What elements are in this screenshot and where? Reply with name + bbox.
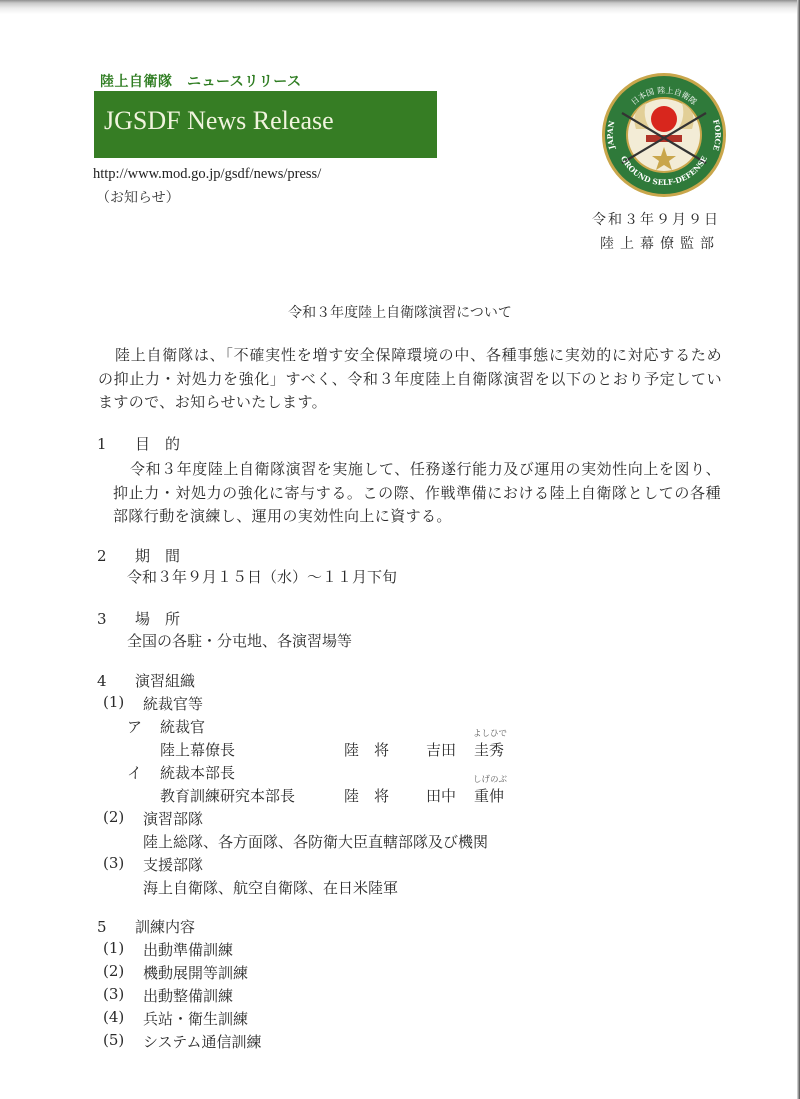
item-kana-a: ア bbox=[127, 716, 142, 737]
training-item: システム通信訓練 bbox=[143, 1031, 262, 1052]
press-url-link[interactable]: http://www.mod.go.jp/gsdf/news/press/ bbox=[93, 166, 321, 183]
section-title: 期 間 bbox=[135, 547, 180, 565]
header-kicker: 陸上自衛隊 ニュースリリース bbox=[100, 71, 302, 91]
section-3-body: 全国の各駐・分屯地、各演習場等 bbox=[127, 630, 352, 651]
notice-label: （お知らせ） bbox=[96, 187, 180, 207]
item-furigana: しげのぶ bbox=[473, 773, 507, 785]
item-kana-i: イ bbox=[127, 762, 142, 783]
section-title: 演習組織 bbox=[135, 672, 195, 690]
jgsdf-emblem-icon: 日本国 陸上自衛隊 GROUND SELF-DEFENSE JAPAN FORC… bbox=[600, 71, 728, 199]
subsection-4-1-heading: 統裁官等 bbox=[143, 693, 203, 714]
section-2-body: 令和３年９月１５日（水）～１１月下旬 bbox=[127, 566, 397, 587]
item-surname: 吉田 bbox=[426, 739, 456, 760]
item-position: 教育訓練研究本部長 bbox=[160, 785, 295, 806]
item-position: 陸上幕僚長 bbox=[160, 739, 235, 760]
section-number: 4 bbox=[97, 672, 135, 690]
intro-paragraph: 陸上自衛隊は、「不確実性を増す安全保障環境の中、各種事態に実効的に対応するための… bbox=[98, 344, 722, 415]
training-item-number: (5) bbox=[103, 1031, 124, 1049]
training-item: 機動展開等訓練 bbox=[143, 962, 248, 983]
section-number: 5 bbox=[97, 918, 135, 936]
item-rank: 陸 将 bbox=[344, 785, 389, 806]
training-item-number: (1) bbox=[103, 939, 124, 957]
section-3-heading: 3場 所 bbox=[97, 608, 180, 629]
section-title: 場 所 bbox=[135, 610, 180, 628]
item-given-name: 圭秀 bbox=[474, 739, 504, 760]
section-number: 1 bbox=[97, 435, 135, 453]
item-role-chief-umpire: 統裁官 bbox=[160, 716, 205, 737]
release-date: 令和３年９月９日 bbox=[592, 209, 720, 229]
training-item-number: (2) bbox=[103, 962, 124, 980]
issuing-office: 陸上幕僚監部 bbox=[600, 233, 720, 253]
item-role-umpire-hq-chief: 統裁本部長 bbox=[160, 762, 235, 783]
news-release-banner: JGSDF News Release bbox=[94, 91, 437, 158]
subsection-4-2-number: (2) bbox=[103, 808, 124, 826]
banner-title: JGSDF News Release bbox=[104, 106, 334, 136]
item-surname: 田中 bbox=[426, 785, 456, 806]
item-rank: 陸 将 bbox=[344, 739, 389, 760]
section-5-heading: 5訓練内容 bbox=[97, 916, 195, 937]
subsection-4-3-body: 海上自衛隊、航空自衛隊、在日米陸軍 bbox=[143, 877, 398, 898]
subsection-4-1-number: (1) bbox=[103, 693, 124, 711]
training-item: 兵站・衛生訓練 bbox=[143, 1008, 248, 1029]
section-title: 訓練内容 bbox=[135, 918, 195, 936]
section-4-heading: 4演習組織 bbox=[97, 670, 195, 691]
section-number: 3 bbox=[97, 610, 135, 628]
subsection-4-3-number: (3) bbox=[103, 854, 124, 872]
viewer-top-shadow bbox=[0, 0, 800, 14]
section-1-heading: 1目 的 bbox=[97, 433, 180, 454]
section-2-heading: 2期 間 bbox=[97, 545, 180, 566]
section-title: 目 的 bbox=[135, 435, 180, 453]
subsection-4-3-heading: 支援部隊 bbox=[143, 854, 203, 875]
document-title: 令和３年度陸上自衛隊演習について bbox=[0, 302, 800, 322]
training-item-number: (3) bbox=[103, 985, 124, 1003]
section-number: 2 bbox=[97, 547, 135, 565]
item-furigana: よしひで bbox=[473, 727, 507, 739]
subsection-4-2-body: 陸上総隊、各方面隊、各防衛大臣直轄部隊及び機関 bbox=[143, 831, 488, 852]
section-1-body: 令和３年度陸上自衛隊演習を実施して、任務遂行能力及び運用の実効性向上を図り、抑止… bbox=[113, 458, 721, 529]
training-item: 出動整備訓練 bbox=[143, 985, 233, 1006]
item-given-name: 重伸 bbox=[474, 785, 504, 806]
subsection-4-2-heading: 演習部隊 bbox=[143, 808, 203, 829]
training-item: 出動準備訓練 bbox=[143, 939, 233, 960]
training-item-number: (4) bbox=[103, 1008, 124, 1026]
